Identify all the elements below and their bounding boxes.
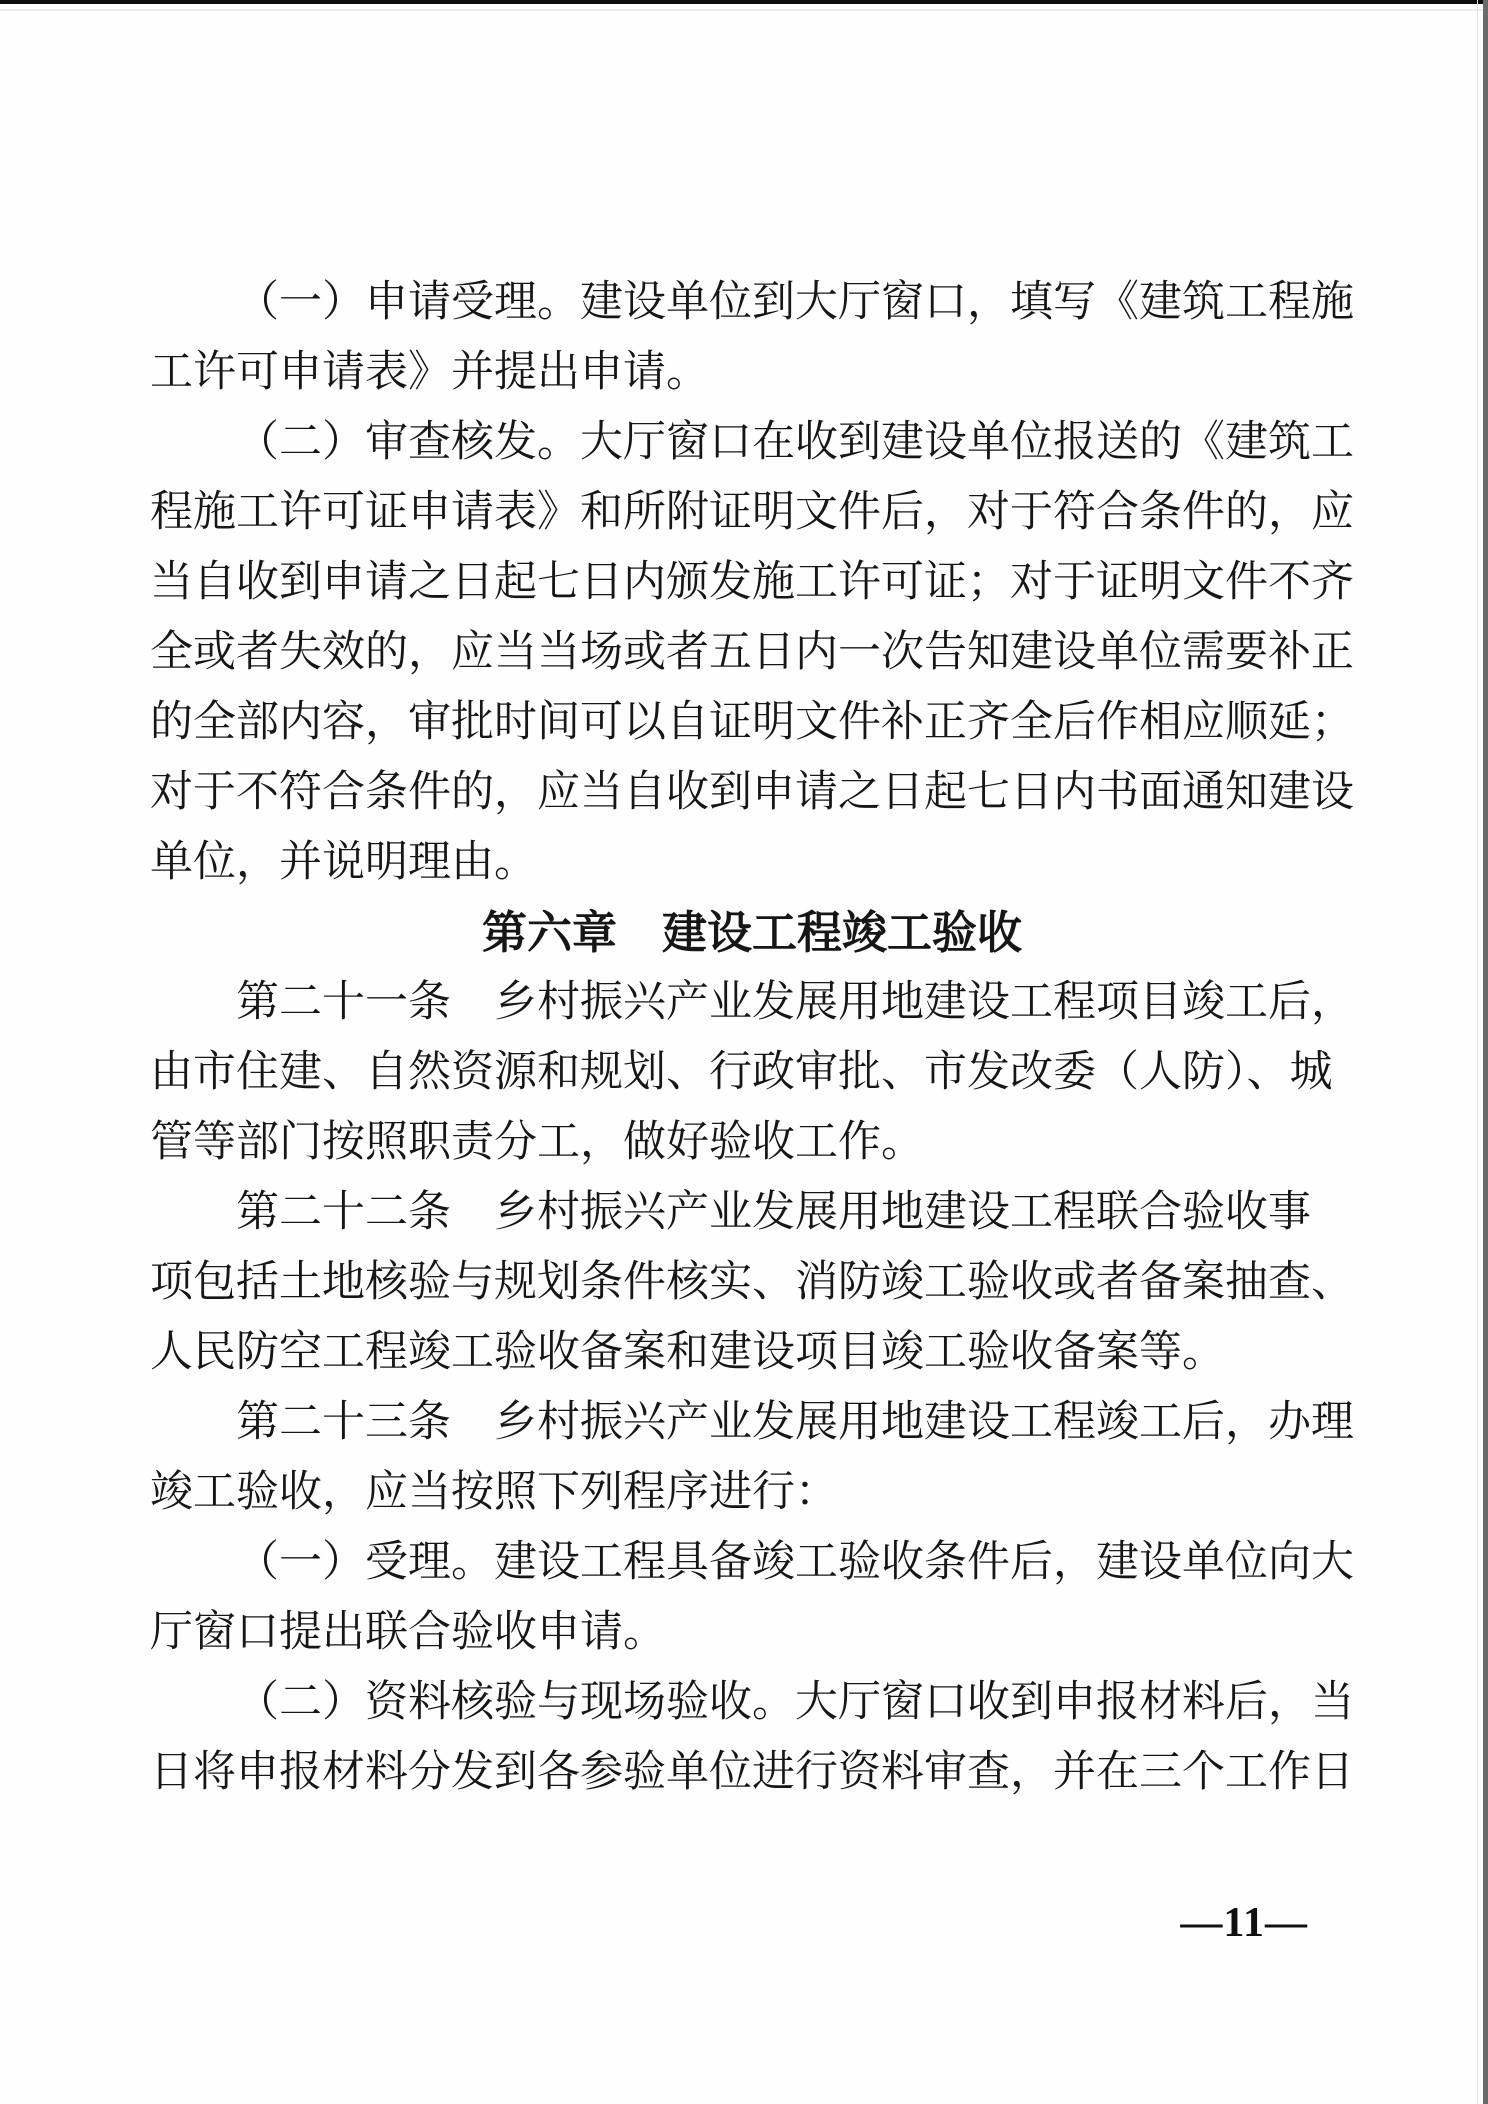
text-line: 当自收到申请之日起七日内颁发施工许可证；对于证明文件不齐 [150, 548, 1354, 618]
text-line: 管等部门按照职责分工，做好验收工作。 [150, 1108, 1354, 1178]
text-line: 单位，并说明理由。 [150, 828, 1354, 898]
text-line: 全或者失效的，应当当场或者五日内一次告知建设单位需要补正 [150, 618, 1354, 688]
text-line: 第二十三条 乡村振兴产业发展用地建设工程竣工后，办理 [150, 1388, 1354, 1458]
text-line: （二）资料核验与现场验收。大厅窗口收到申报材料后，当 [150, 1668, 1354, 1738]
text-line: 工许可申请表》并提出申请。 [150, 338, 1354, 408]
scan-right-edge [1483, 0, 1488, 2104]
text-line: （一）受理。建设工程具备竣工验收条件后，建设单位向大 [150, 1528, 1354, 1598]
text-line: 日将申报材料分发到各参验单位进行资料审查，并在三个工作日 [150, 1738, 1354, 1808]
page-number: —11— [1180, 1898, 1308, 1948]
text-line: 的全部内容，审批时间可以自证明文件补正齐全后作相应顺延； [150, 688, 1354, 758]
text-line: 人民防空工程竣工验收备案和建设项目竣工验收备案等。 [150, 1318, 1354, 1388]
document-body: （一）申请受理。建设单位到大厅窗口，填写《建筑工程施工许可申请表》并提出申请。（… [150, 268, 1354, 1808]
chapter-heading: 第六章 建设工程竣工验收 [150, 898, 1354, 968]
text-line: 对于不符合条件的，应当自收到申请之日起七日内书面通知建设 [150, 758, 1354, 828]
text-line: 竣工验收，应当按照下列程序进行： [150, 1458, 1354, 1528]
scan-right-faint-line [1477, 0, 1478, 2104]
scan-top-edge [0, 0, 1488, 4]
text-line: （一）申请受理。建设单位到大厅窗口，填写《建筑工程施 [150, 268, 1354, 338]
document-page: （一）申请受理。建设单位到大厅窗口，填写《建筑工程施工许可申请表》并提出申请。（… [0, 0, 1488, 2104]
text-line: 厅窗口提出联合验收申请。 [150, 1598, 1354, 1668]
text-line: 第二十二条 乡村振兴产业发展用地建设工程联合验收事 [150, 1178, 1354, 1248]
text-line: （二）审查核发。大厅窗口在收到建设单位报送的《建筑工 [150, 408, 1354, 478]
text-line: 由市住建、自然资源和规划、行政审批、市发改委（人防）、城 [150, 1038, 1354, 1108]
text-line: 第二十一条 乡村振兴产业发展用地建设工程项目竣工后， [150, 968, 1354, 1038]
text-line: 程施工许可证申请表》和所附证明文件后，对于符合条件的，应 [150, 478, 1354, 548]
scan-top-faint-line [0, 9, 1488, 11]
text-line: 项包括土地核验与规划条件核实、消防竣工验收或者备案抽查、 [150, 1248, 1354, 1318]
